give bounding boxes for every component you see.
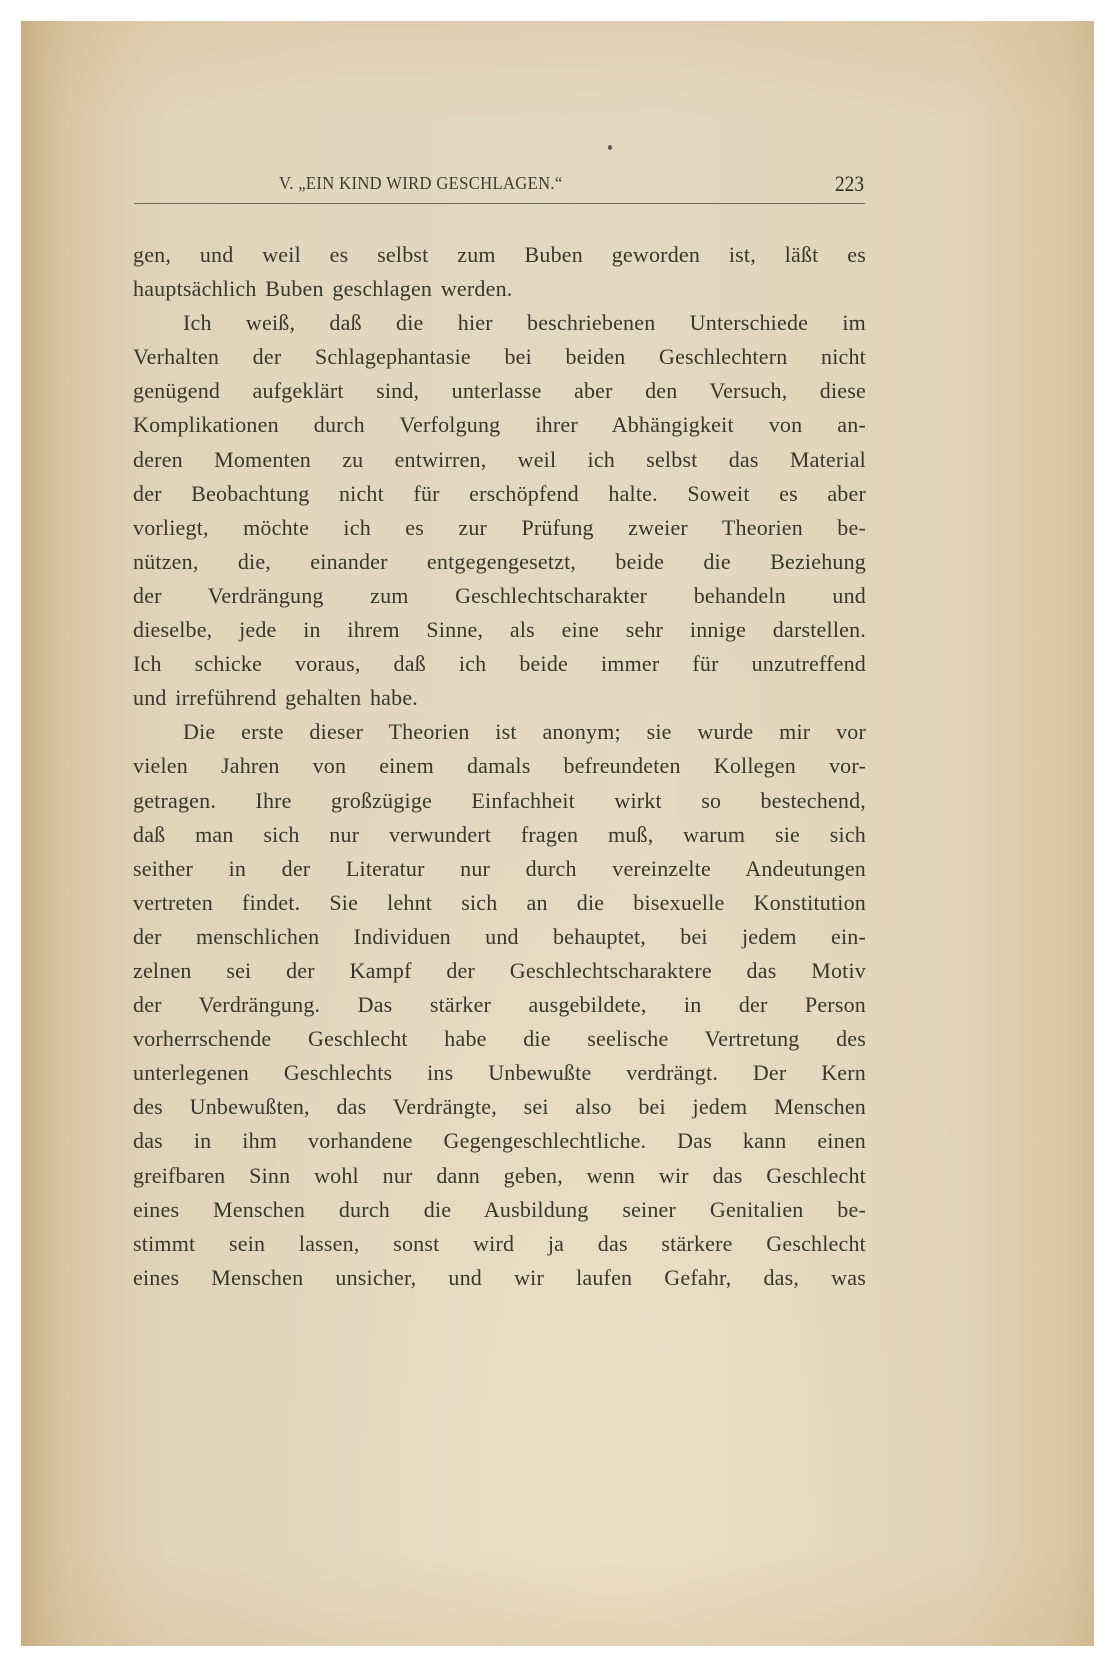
text-line: getragen. Ihre großzügige Einfachheit wi… (133, 784, 866, 818)
text-line: der Verdrängung zum Geschlechtscharakter… (133, 579, 866, 613)
text-line: Ich schicke voraus, daß ich beide immer … (133, 647, 866, 681)
text-line: vertreten findet. Sie lehnt sich an die … (133, 886, 866, 920)
text-line: seither in der Literatur nur durch verei… (133, 852, 866, 886)
text-line: das in ihm vorhandene Gegengeschlechtlic… (133, 1124, 866, 1158)
text-line: der Beobachtung nicht für erschöpfend ha… (133, 477, 866, 511)
page-number: 223 (835, 171, 864, 197)
text-line: gen, und weil es selbst zum Buben geword… (133, 238, 866, 272)
text-line: dieselbe, jede in ihrem Sinne, als eine … (133, 613, 866, 647)
text-line: Die erste dieser Theorien ist anonym; si… (133, 715, 866, 749)
body-text: gen, und weil es selbst zum Buben geword… (133, 238, 866, 1295)
text-line: eines Menschen durch die Ausbildung sein… (133, 1193, 866, 1227)
text-line: des Unbewußten, das Verdrängte, sei also… (133, 1090, 866, 1124)
text-line: der Verdrängung. Das stärker ausgebildet… (133, 988, 866, 1022)
running-head: V. „EIN KIND WIRD GESCHLAGEN.“ 223 (154, 173, 864, 203)
text-line: Komplikationen durch Verfolgung ihrer Ab… (133, 408, 866, 442)
text-line: greifbaren Sinn wohl nur dann geben, wen… (133, 1159, 866, 1193)
text-line: nützen, die, einander entgegengesetzt, b… (133, 545, 866, 579)
text-line: genügend aufgeklärt sind, unterlasse abe… (133, 374, 866, 408)
text-line: und irreführend gehalten habe. (133, 681, 866, 715)
text-line: der menschlichen Individuen und behaupte… (133, 920, 866, 954)
text-line: vielen Jahren von einem damals befreunde… (133, 749, 866, 783)
text-line: hauptsächlich Buben geschlagen werden. (133, 272, 866, 306)
text-line: eines Menschen unsicher, und wir laufen … (133, 1261, 866, 1295)
running-title: V. „EIN KIND WIRD GESCHLAGEN.“ (279, 173, 563, 194)
ink-speck (608, 145, 612, 150)
text-line: unterlegenen Geschlechts ins Unbewußte v… (133, 1056, 866, 1090)
text-line: stimmt sein lassen, sonst wird ja das st… (133, 1227, 866, 1261)
text-line: vorherrschende Geschlecht habe die seeli… (133, 1022, 866, 1056)
text-line: vorliegt, möchte ich es zur Prüfung zwei… (133, 511, 866, 545)
header-rule (134, 203, 865, 204)
text-line: zelnen sei der Kampf der Geschlechtschar… (133, 954, 866, 988)
book-page: V. „EIN KIND WIRD GESCHLAGEN.“ 223 gen, … (21, 21, 1094, 1646)
text-line: Ich weiß, daß die hier beschriebenen Unt… (133, 306, 866, 340)
text-line: daß man sich nur verwundert fragen muß, … (133, 818, 866, 852)
text-line: Verhalten der Schlagephantasie bei beide… (133, 340, 866, 374)
text-line: deren Momenten zu entwirren, weil ich se… (133, 443, 866, 477)
